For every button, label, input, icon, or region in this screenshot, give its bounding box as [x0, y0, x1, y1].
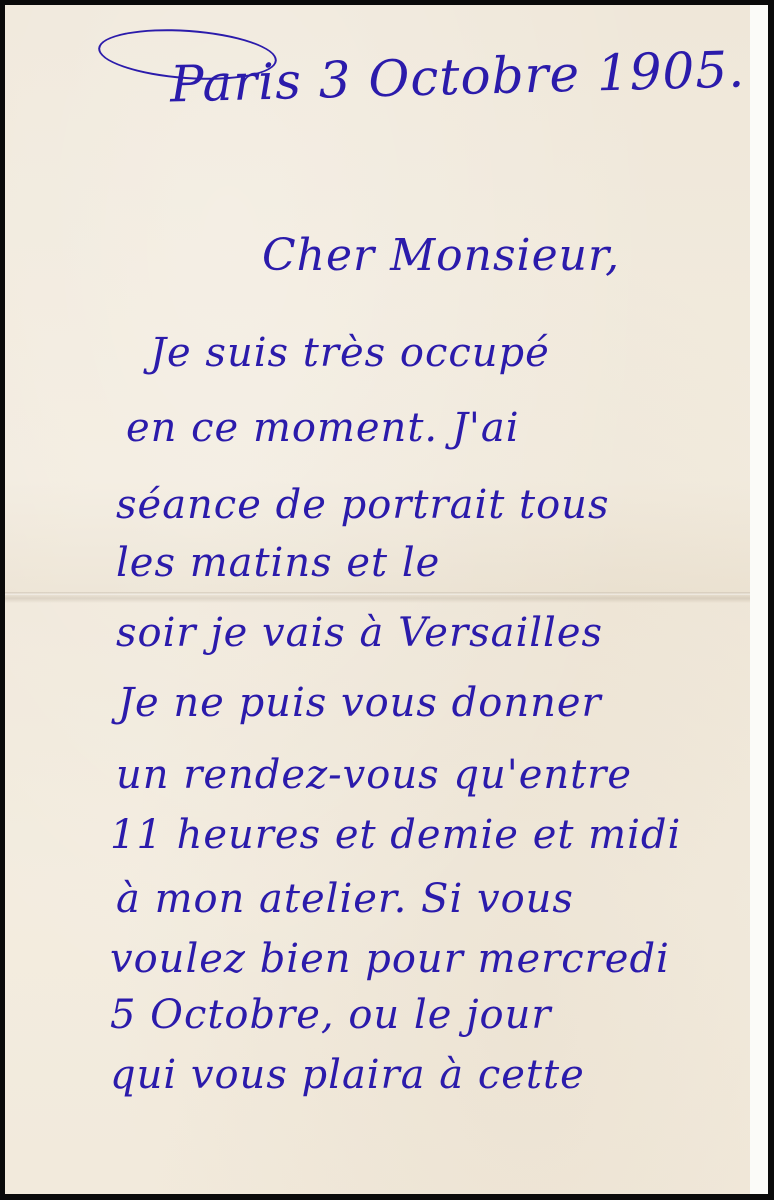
body-line-6: Je ne puis vous donner — [118, 680, 602, 726]
body-line-11: 5 Octobre, ou le jour — [110, 992, 551, 1038]
body-line-7: un rendez-vous qu'entre — [116, 752, 632, 798]
body-line-9: à mon atelier. Si vous — [116, 876, 574, 922]
body-line-3: séance de portrait tous — [116, 482, 609, 528]
body-line-12: qui vous plaira à cette — [110, 1052, 585, 1098]
body-line-5: soir je vais à Versailles — [116, 610, 603, 656]
body-line-1: Je suis très occupé — [150, 330, 550, 376]
body-line-4: les matins et le — [116, 540, 440, 586]
body-line-2: en ce moment. J'ai — [126, 405, 520, 451]
salutation: Cher Monsieur, — [262, 230, 620, 281]
scan-margin — [750, 5, 768, 1194]
body-line-10: voulez bien pour mercredi — [110, 936, 670, 982]
body-line-8: 11 heures et demie et midi — [110, 812, 681, 858]
paper-fold-line — [5, 592, 750, 595]
